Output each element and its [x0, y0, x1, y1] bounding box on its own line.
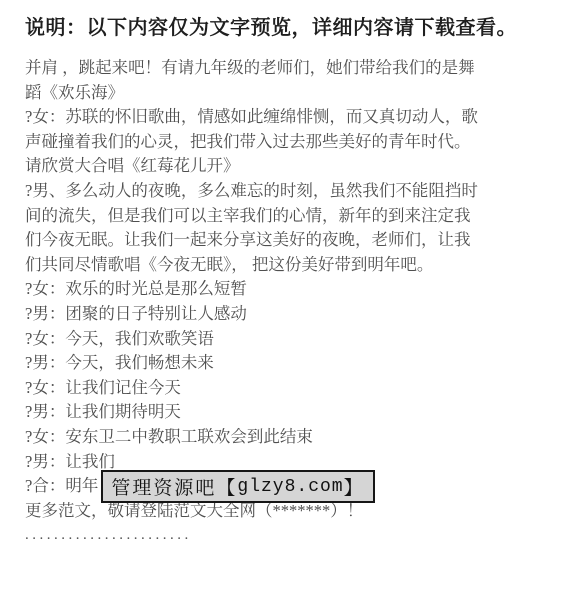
watermark-badge: 管理资源吧【glzy8.com】 [101, 470, 375, 503]
text-line: ?女：欢乐的时光总是那么短暂 [25, 277, 562, 302]
text-line: ?女：安东卫二中教职工联欢会到此结束 [25, 425, 562, 450]
text-line: ?男：让我们期待明天 [25, 400, 562, 425]
watermark-domain: glzy8.com [237, 477, 343, 497]
text-line: 们共同尽情歌唱《今夜无眠》， 把这份美好带到明年吧。 [25, 253, 562, 278]
text-line: 并肩 ，跳起来吧！有请九年级的老师们，她们带给我们的是舞 [25, 56, 562, 81]
text-line: 请欣赏大合唱《红莓花儿开》 [25, 154, 562, 179]
text-line: ....................... [25, 523, 562, 548]
text-line: ?女：让我们记住今天 [25, 376, 562, 401]
text-line: 蹈《欢乐海》 [25, 81, 562, 106]
text-line: ?男、多么动人的夜晚，多么难忘的时刻，虽然我们不能阻挡时 [25, 179, 562, 204]
preview-page: 说明：以下内容仅为文字预览，详细内容请下载查看。 并肩 ，跳起来吧！有请九年级的… [0, 0, 578, 600]
text-line: ?男：团聚的日子特别让人感动 [25, 302, 562, 327]
text-line: 声碰撞着我们的心灵，把我们带入过去那些美好的青年时代。 [25, 130, 562, 155]
preview-notice: 说明：以下内容仅为文字预览，详细内容请下载查看。 [0, 0, 578, 42]
text-line: 间的流失，但是我们可以主宰我们的心情，新年的到来注定我 [25, 204, 562, 229]
text-line: ?男：今天，我们畅想未来 [25, 351, 562, 376]
text-line: ?女：苏联的怀旧歌曲，情感如此缠绵悱恻，而又真切动人，歌 [25, 105, 562, 130]
watermark-bracket-close: 】 [344, 473, 365, 500]
watermark-site-name: 管理资源吧【 [111, 473, 237, 500]
text-line: ?女：今天，我们欢歌笑语 [25, 327, 562, 352]
text-line: 们今夜无眠。让我们一起来分享这美好的夜晚，老师们，让我 [25, 228, 562, 253]
